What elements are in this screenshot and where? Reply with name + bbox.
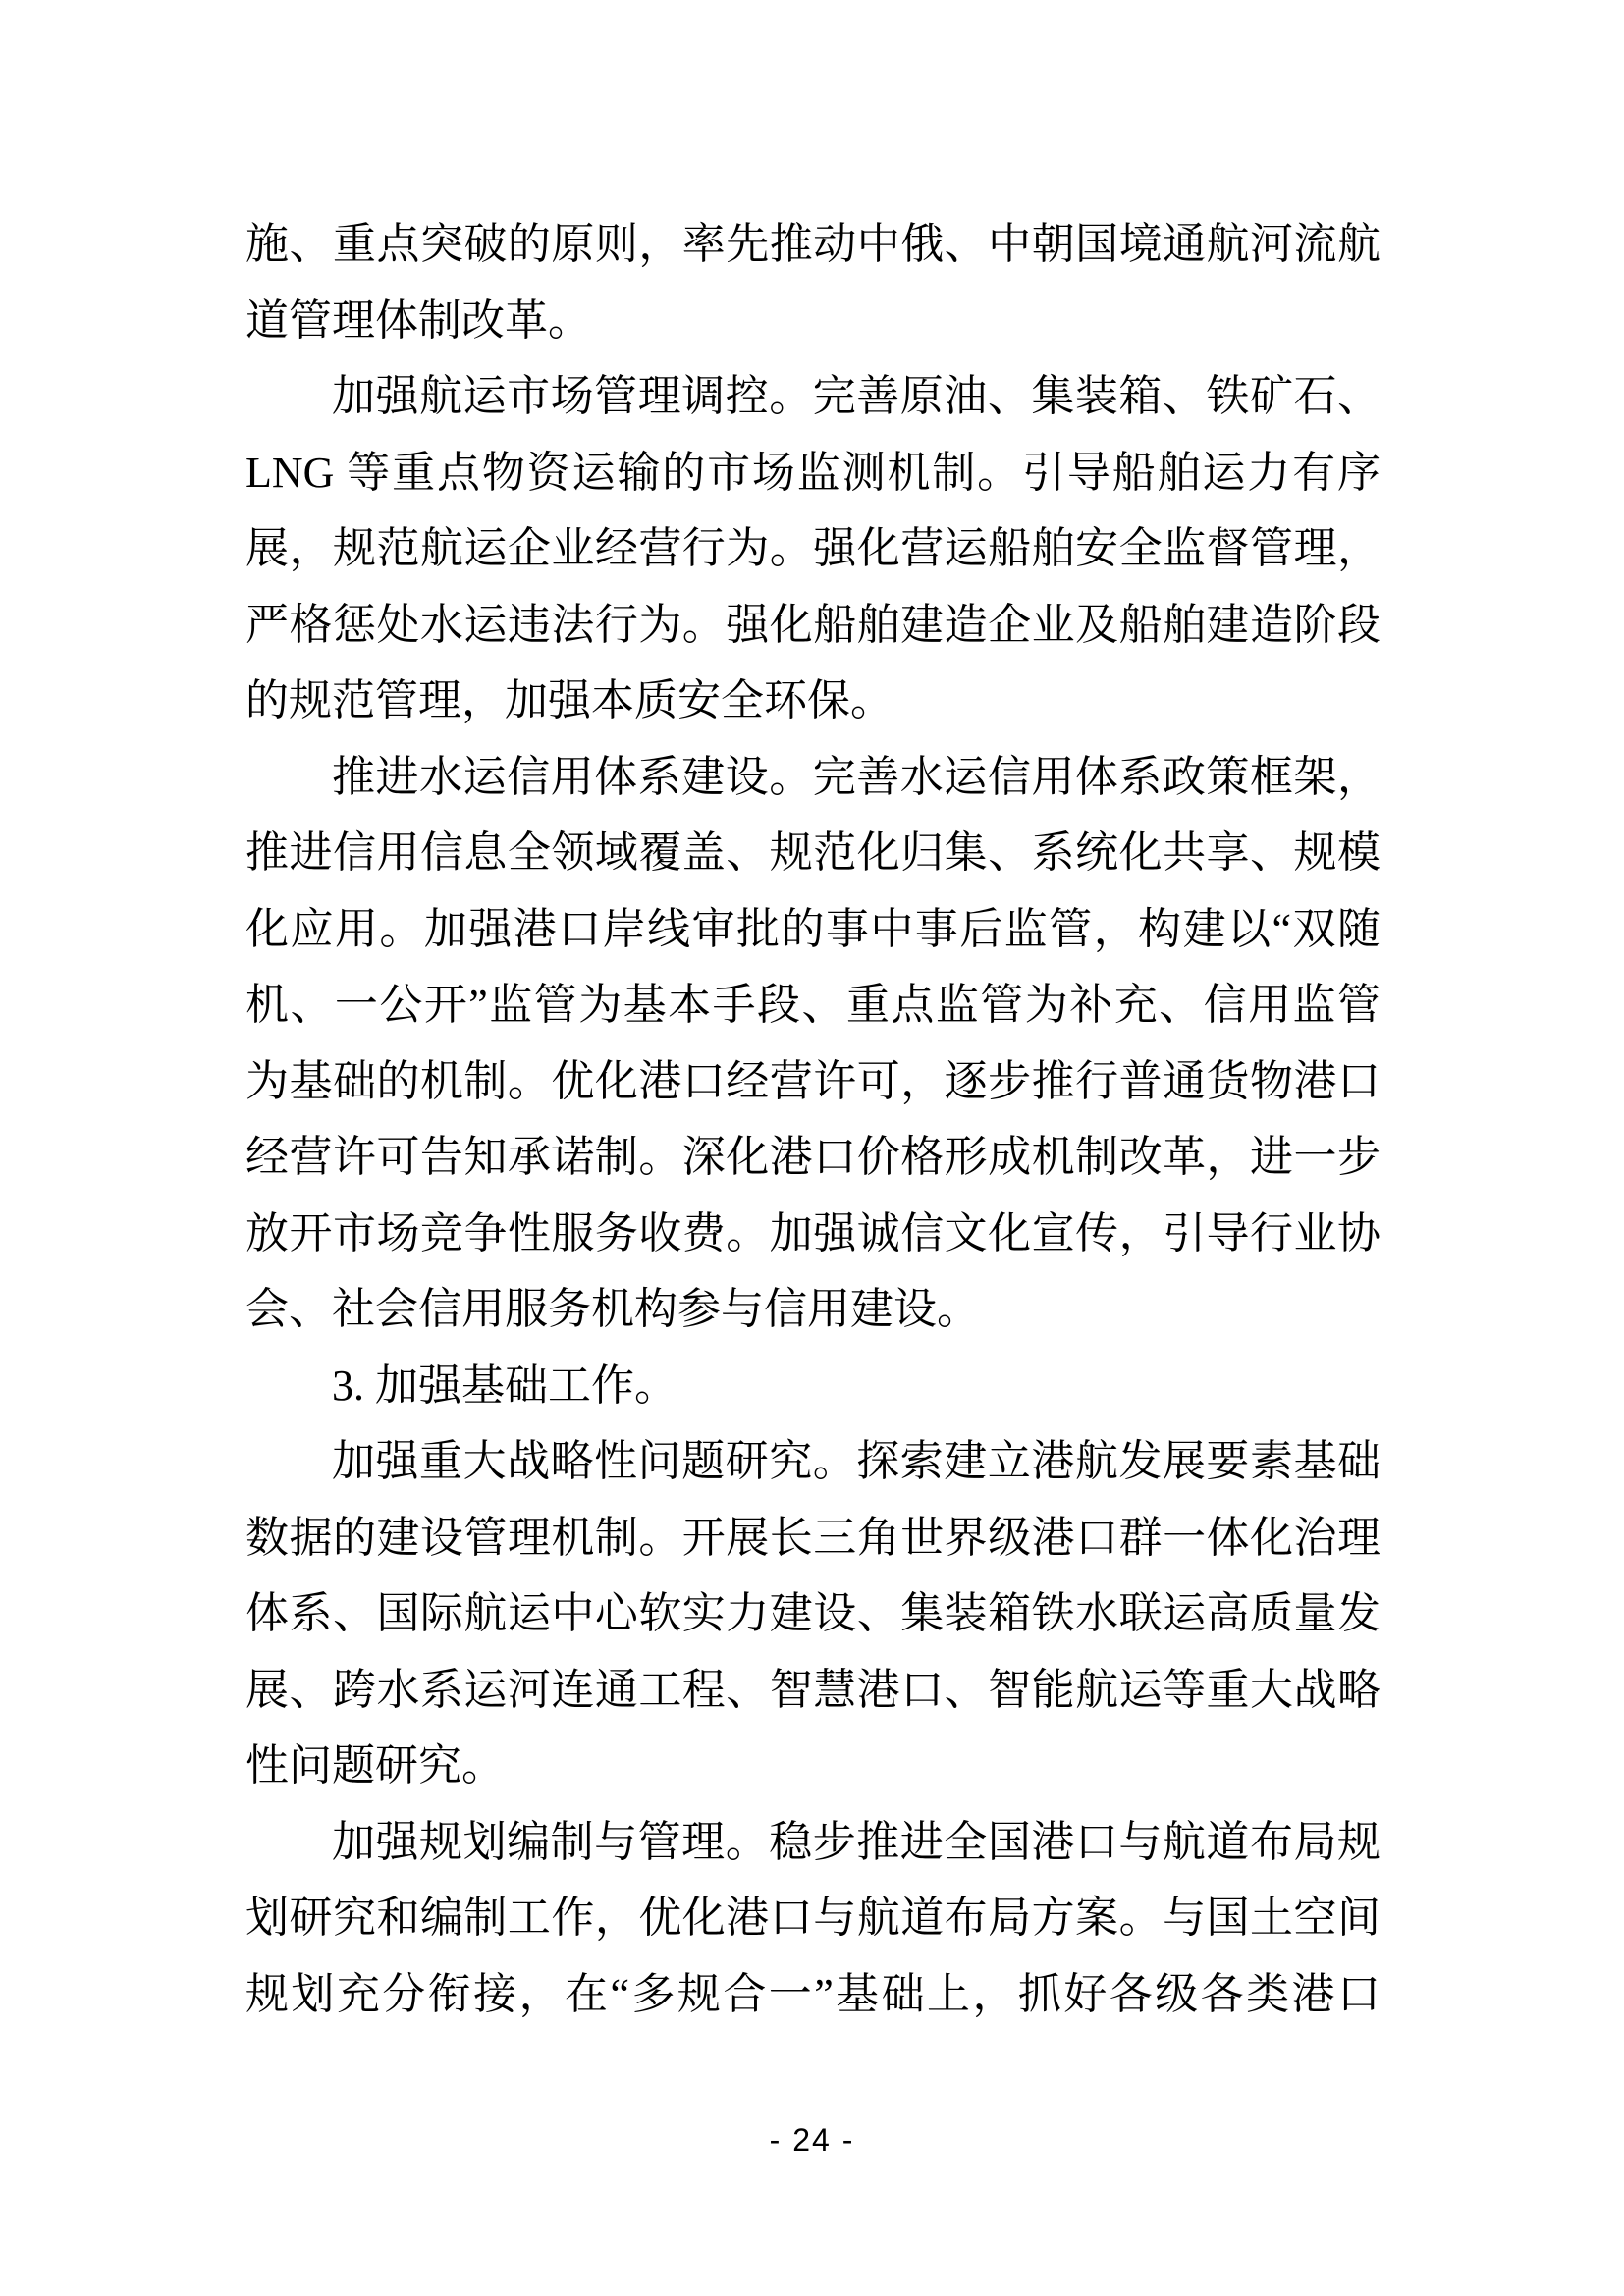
text-body: 施、重点突破的原则，率先推动中俄、中朝国境通航河流航道管理体制改革。加强航运市场… bbox=[245, 206, 1380, 2032]
text-line: 机、一公开”监管为基本手段、重点监管为补充、信用监管 bbox=[245, 967, 1380, 1043]
text-line: 为基础的机制。优化港口经营许可，逐步推行普通货物港口 bbox=[245, 1043, 1380, 1120]
text-line: 的规范管理，加强本质安全环保。 bbox=[245, 663, 1380, 739]
text-line: 展、跨水系运河连通工程、智慧港口、智能航运等重大战略 bbox=[245, 1652, 1380, 1729]
text-line: 推进水运信用体系建设。完善水运信用体系政策框架， bbox=[245, 739, 1380, 816]
text-line: 划研究和编制工作，优化港口与航道布局方案。与国土空间 bbox=[245, 1880, 1380, 1956]
text-line: 性问题研究。 bbox=[245, 1728, 1380, 1804]
text-line: 展，规范航运企业经营行为。强化营运船舶安全监督管理， bbox=[245, 510, 1380, 587]
text-line: 经营许可告知承诺制。深化港口价格形成机制改革，进一步 bbox=[245, 1119, 1380, 1196]
text-line: 推进信用信息全领域覆盖、规范化归集、系统化共享、规模 bbox=[245, 815, 1380, 891]
text-line: 数据的建设管理机制。开展长三角世界级港口群一体化治理 bbox=[245, 1500, 1380, 1576]
text-line: 加强规划编制与管理。稳步推进全国港口与航道布局规 bbox=[245, 1804, 1380, 1881]
text-line: 规划充分衔接，在“多规合一”基础上，抓好各级各类港口 bbox=[245, 1956, 1380, 2033]
text-line: 道管理体制改革。 bbox=[245, 283, 1380, 359]
page-number: - 24 - bbox=[0, 2120, 1624, 2160]
text-line: 施、重点突破的原则，率先推动中俄、中朝国境通航河流航 bbox=[245, 206, 1380, 283]
text-line: LNG 等重点物资运输的市场监测机制。引导船舶运力有序发 bbox=[245, 435, 1380, 511]
text-line: 加强重大战略性问题研究。探索建立港航发展要素基础 bbox=[245, 1423, 1380, 1500]
text-line: 会、社会信用服务机构参与信用建设。 bbox=[245, 1271, 1380, 1348]
text-line: 严格惩处水运违法行为。强化船舶建造企业及船舶建造阶段 bbox=[245, 587, 1380, 664]
text-line: 化应用。加强港口岸线审批的事中事后监管，构建以“双随 bbox=[245, 891, 1380, 968]
text-line: 体系、国际航运中心软实力建设、集装箱铁水联运高质量发 bbox=[245, 1575, 1380, 1652]
text-line: 加强航运市场管理调控。完善原油、集装箱、铁矿石、 bbox=[245, 358, 1380, 435]
text-line: 放开市场竞争性服务收费。加强诚信文化宣传，引导行业协 bbox=[245, 1196, 1380, 1272]
document-page: 施、重点突破的原则，率先推动中俄、中朝国境通航河流航道管理体制改革。加强航运市场… bbox=[0, 0, 1624, 2296]
text-line: 3. 加强基础工作。 bbox=[245, 1348, 1380, 1424]
